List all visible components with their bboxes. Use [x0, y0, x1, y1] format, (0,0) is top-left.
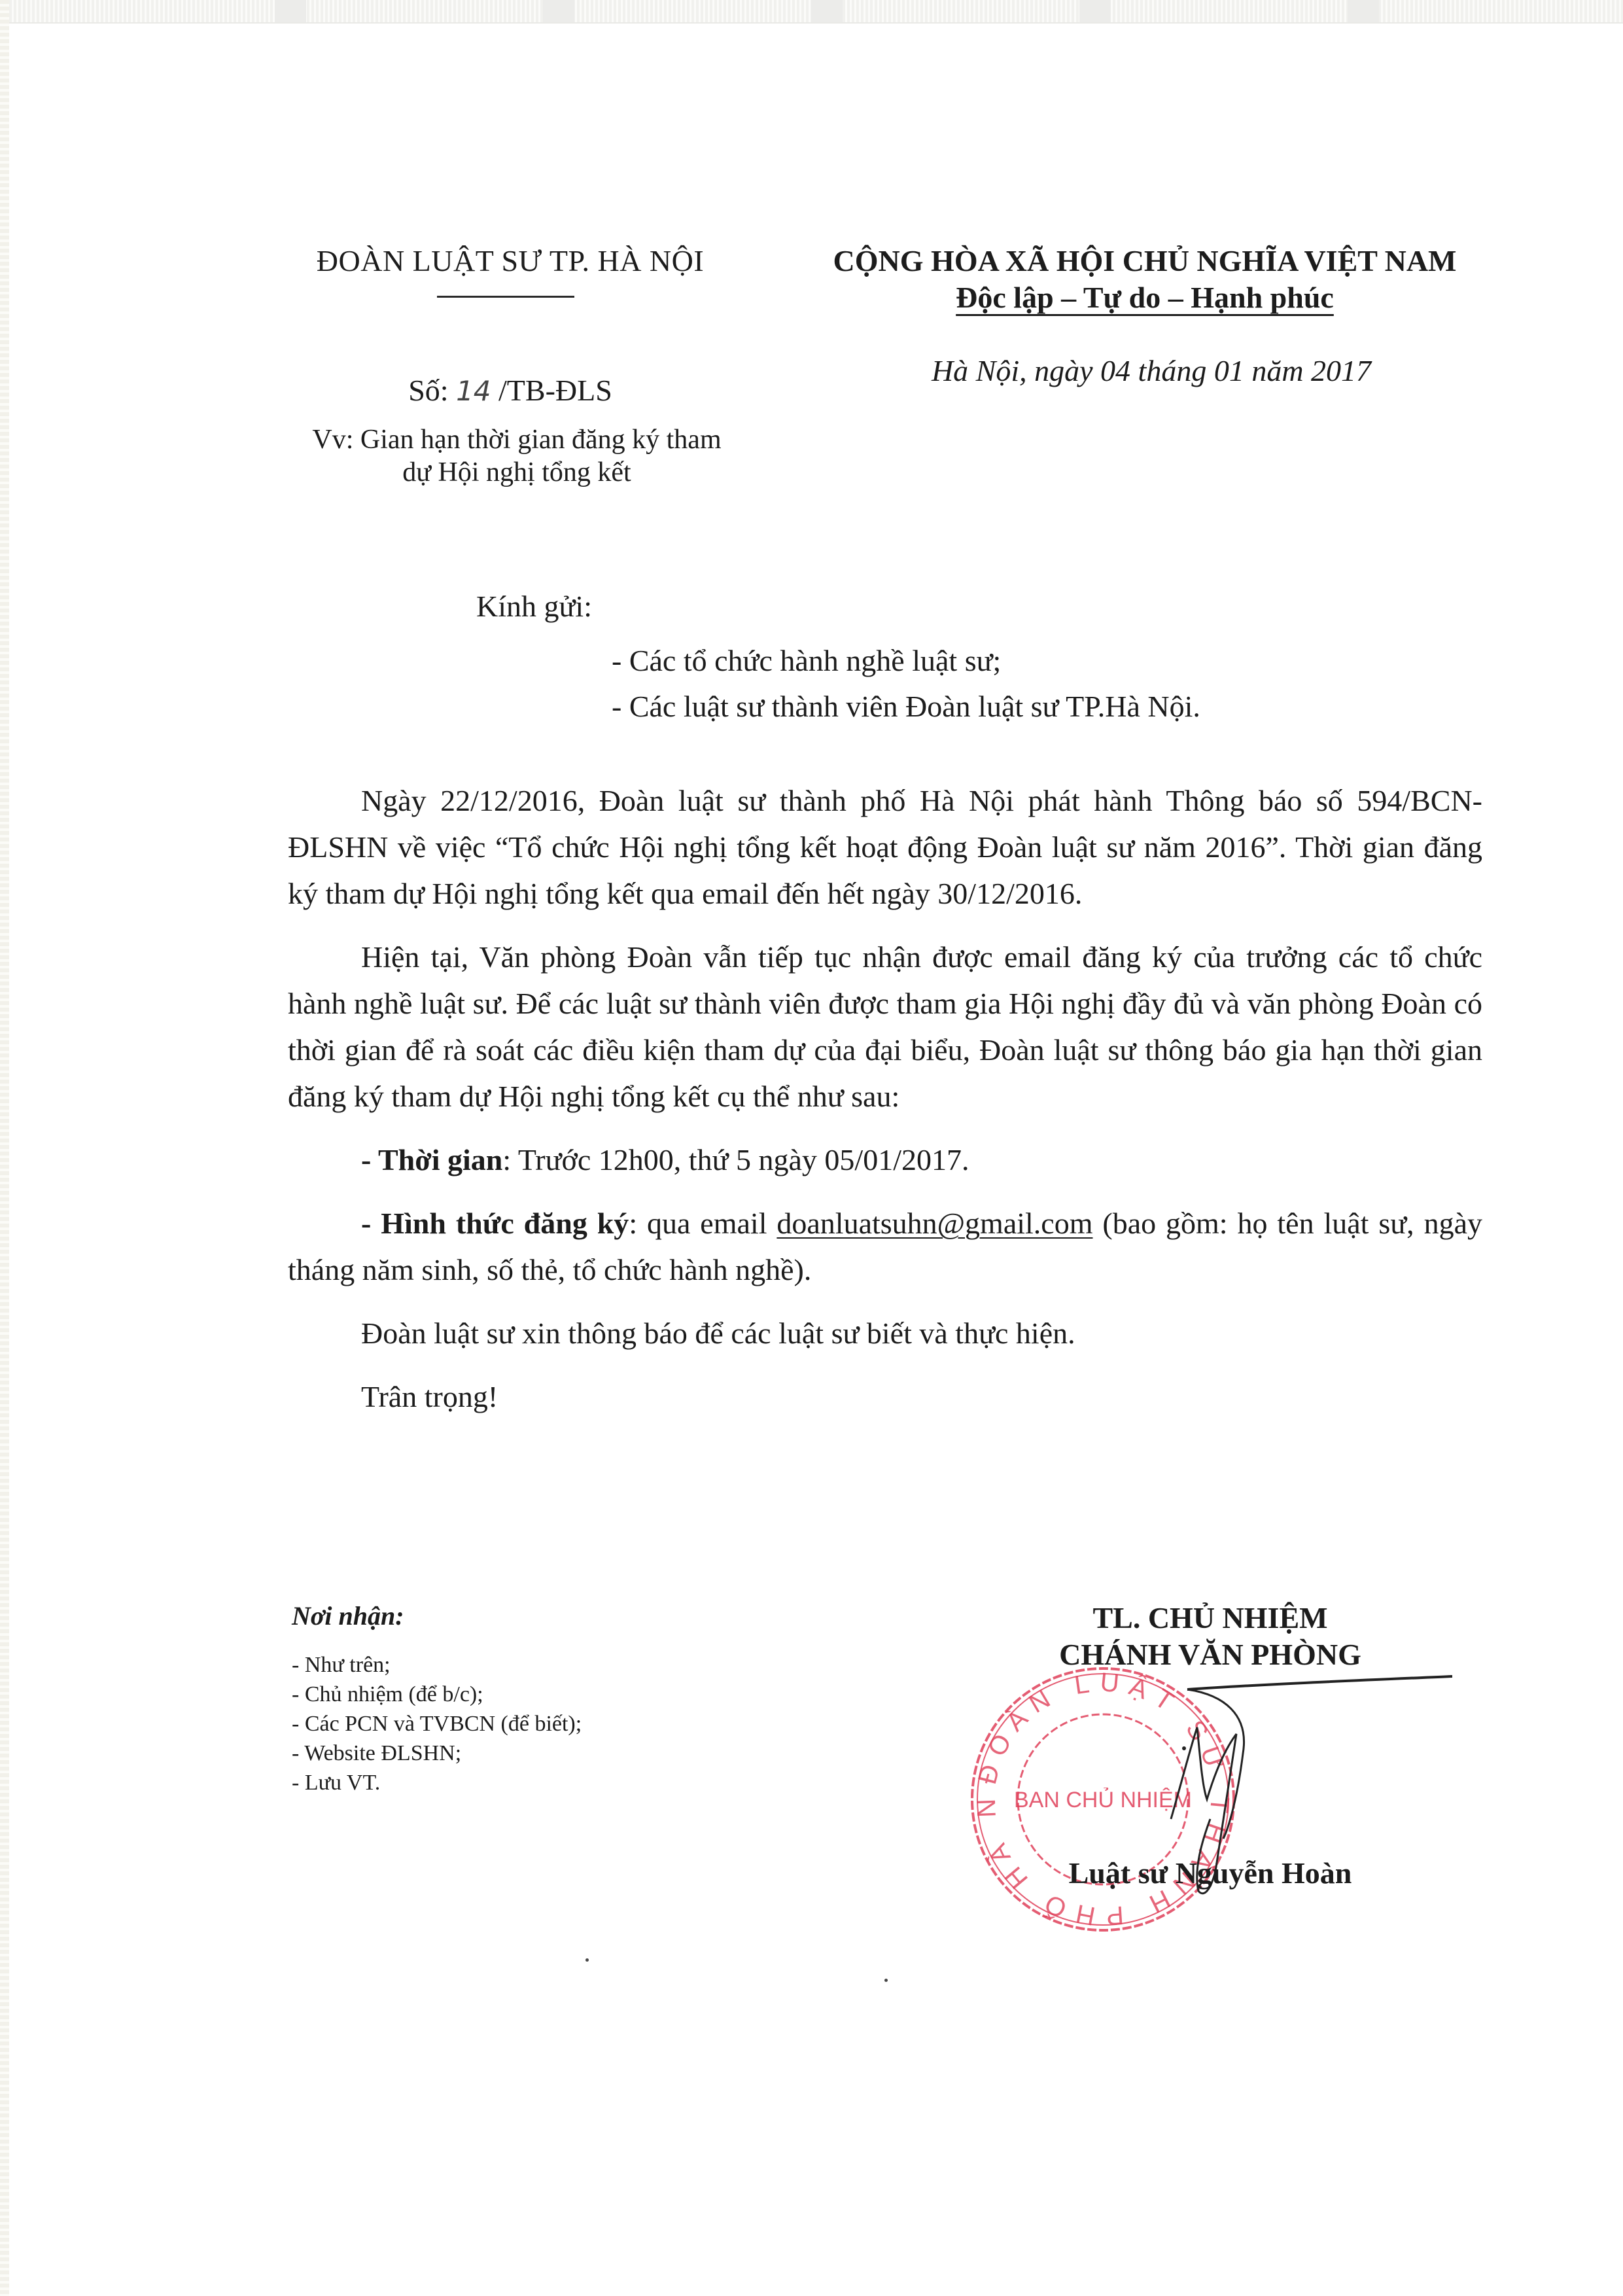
document-number: Số: 14 /TB-ĐLS [307, 373, 713, 408]
national-title: CỘNG HÒA XÃ HỘI CHỦ NGHĨA VIỆT NAM [798, 243, 1492, 278]
deadline-value: : Trước 12h00, thứ 5 ngày 05/01/2017. [502, 1143, 969, 1176]
deadline-label: - Thời gian [361, 1143, 502, 1176]
registration-method-item: - Hình thức đăng ký: qua email doanluats… [288, 1200, 1482, 1293]
method-prefix: : qua email [629, 1207, 777, 1240]
scan-speck [884, 1979, 888, 1982]
paragraph-extension: Hiện tại, Văn phòng Đoàn vẫn tiếp tục nh… [288, 934, 1482, 1120]
recipients-title: Nơi nhận: [292, 1600, 404, 1631]
scan-artifact-top [0, 0, 1623, 24]
document-subject: Vv: Gian hạn thời gian đăng ký tham dự H… [281, 424, 752, 489]
national-motto: Độc lập – Tự do – Hạnh phúc [798, 280, 1492, 315]
organization-name: ĐOÀN LUẬT SƯ TP. HÀ NỘI [307, 243, 713, 278]
recipient-item: - Website ĐLSHN; [292, 1739, 582, 1768]
scan-artifact-tab [811, 0, 843, 22]
recipient-item: - Lưu VT. [292, 1768, 582, 1797]
doc-number-handwritten: 14 [456, 375, 491, 407]
greeting: Kính gửi: [476, 589, 592, 624]
paragraph-background: Ngày 22/12/2016, Đoàn luật sư thành phố … [288, 777, 1482, 917]
regards: Trân trọng! [288, 1373, 1482, 1420]
recipient-item: - Các PCN và TVBCN (để biết); [292, 1709, 582, 1739]
scan-artifact-tab [1348, 0, 1379, 22]
method-label: - Hình thức đăng ký [361, 1207, 629, 1240]
motto-text: Độc lập – Tự do – Hạnh phúc [956, 281, 1334, 314]
closing-paragraph: Đoàn luật sư xin thông báo để các luật s… [288, 1310, 1482, 1356]
signatory-name: Luật sư Nguyễn Hoàn [1007, 1856, 1413, 1890]
recipient-item: - Như trên; [292, 1650, 582, 1680]
addressee-item: - Các tổ chức hành nghề luật sư; [612, 638, 1200, 684]
subject-line-2: dự Hội nghị tổng kết [281, 457, 752, 489]
addressee-list: - Các tổ chức hành nghề luật sư; - Các l… [612, 638, 1200, 730]
doc-number-suffix: /TB-ĐLS [498, 374, 612, 407]
subject-line-1: Vv: Gian hạn thời gian đăng ký tham [281, 424, 752, 457]
signature-title-1: TL. CHỦ NHIỆM [1007, 1600, 1413, 1635]
document-body: Ngày 22/12/2016, Đoàn luật sư thành phố … [288, 777, 1482, 1437]
scan-speck [585, 1958, 589, 1962]
scan-artifact-tab [543, 0, 574, 22]
scan-artifact-tab [1079, 0, 1111, 22]
recipients-list: - Như trên; - Chủ nhiệm (để b/c); - Các … [292, 1650, 582, 1797]
signature-title-2: CHÁNH VĂN PHÒNG [1007, 1637, 1413, 1672]
registration-email-link[interactable]: doanluatsuhn@gmail.com [777, 1207, 1092, 1240]
recipient-item: - Chủ nhiệm (để b/c); [292, 1680, 582, 1709]
scan-artifact-left [0, 0, 9, 2296]
organization-divider [437, 296, 574, 298]
addressee-item: - Các luật sư thành viên Đoàn luật sư TP… [612, 684, 1200, 730]
place-and-date: Hà Nội, ngày 04 tháng 01 năm 2017 [824, 353, 1478, 388]
scan-artifact-tab [275, 0, 306, 22]
doc-number-prefix: Số: [408, 374, 448, 407]
deadline-item: - Thời gian: Trước 12h00, thứ 5 ngày 05/… [288, 1137, 1482, 1183]
